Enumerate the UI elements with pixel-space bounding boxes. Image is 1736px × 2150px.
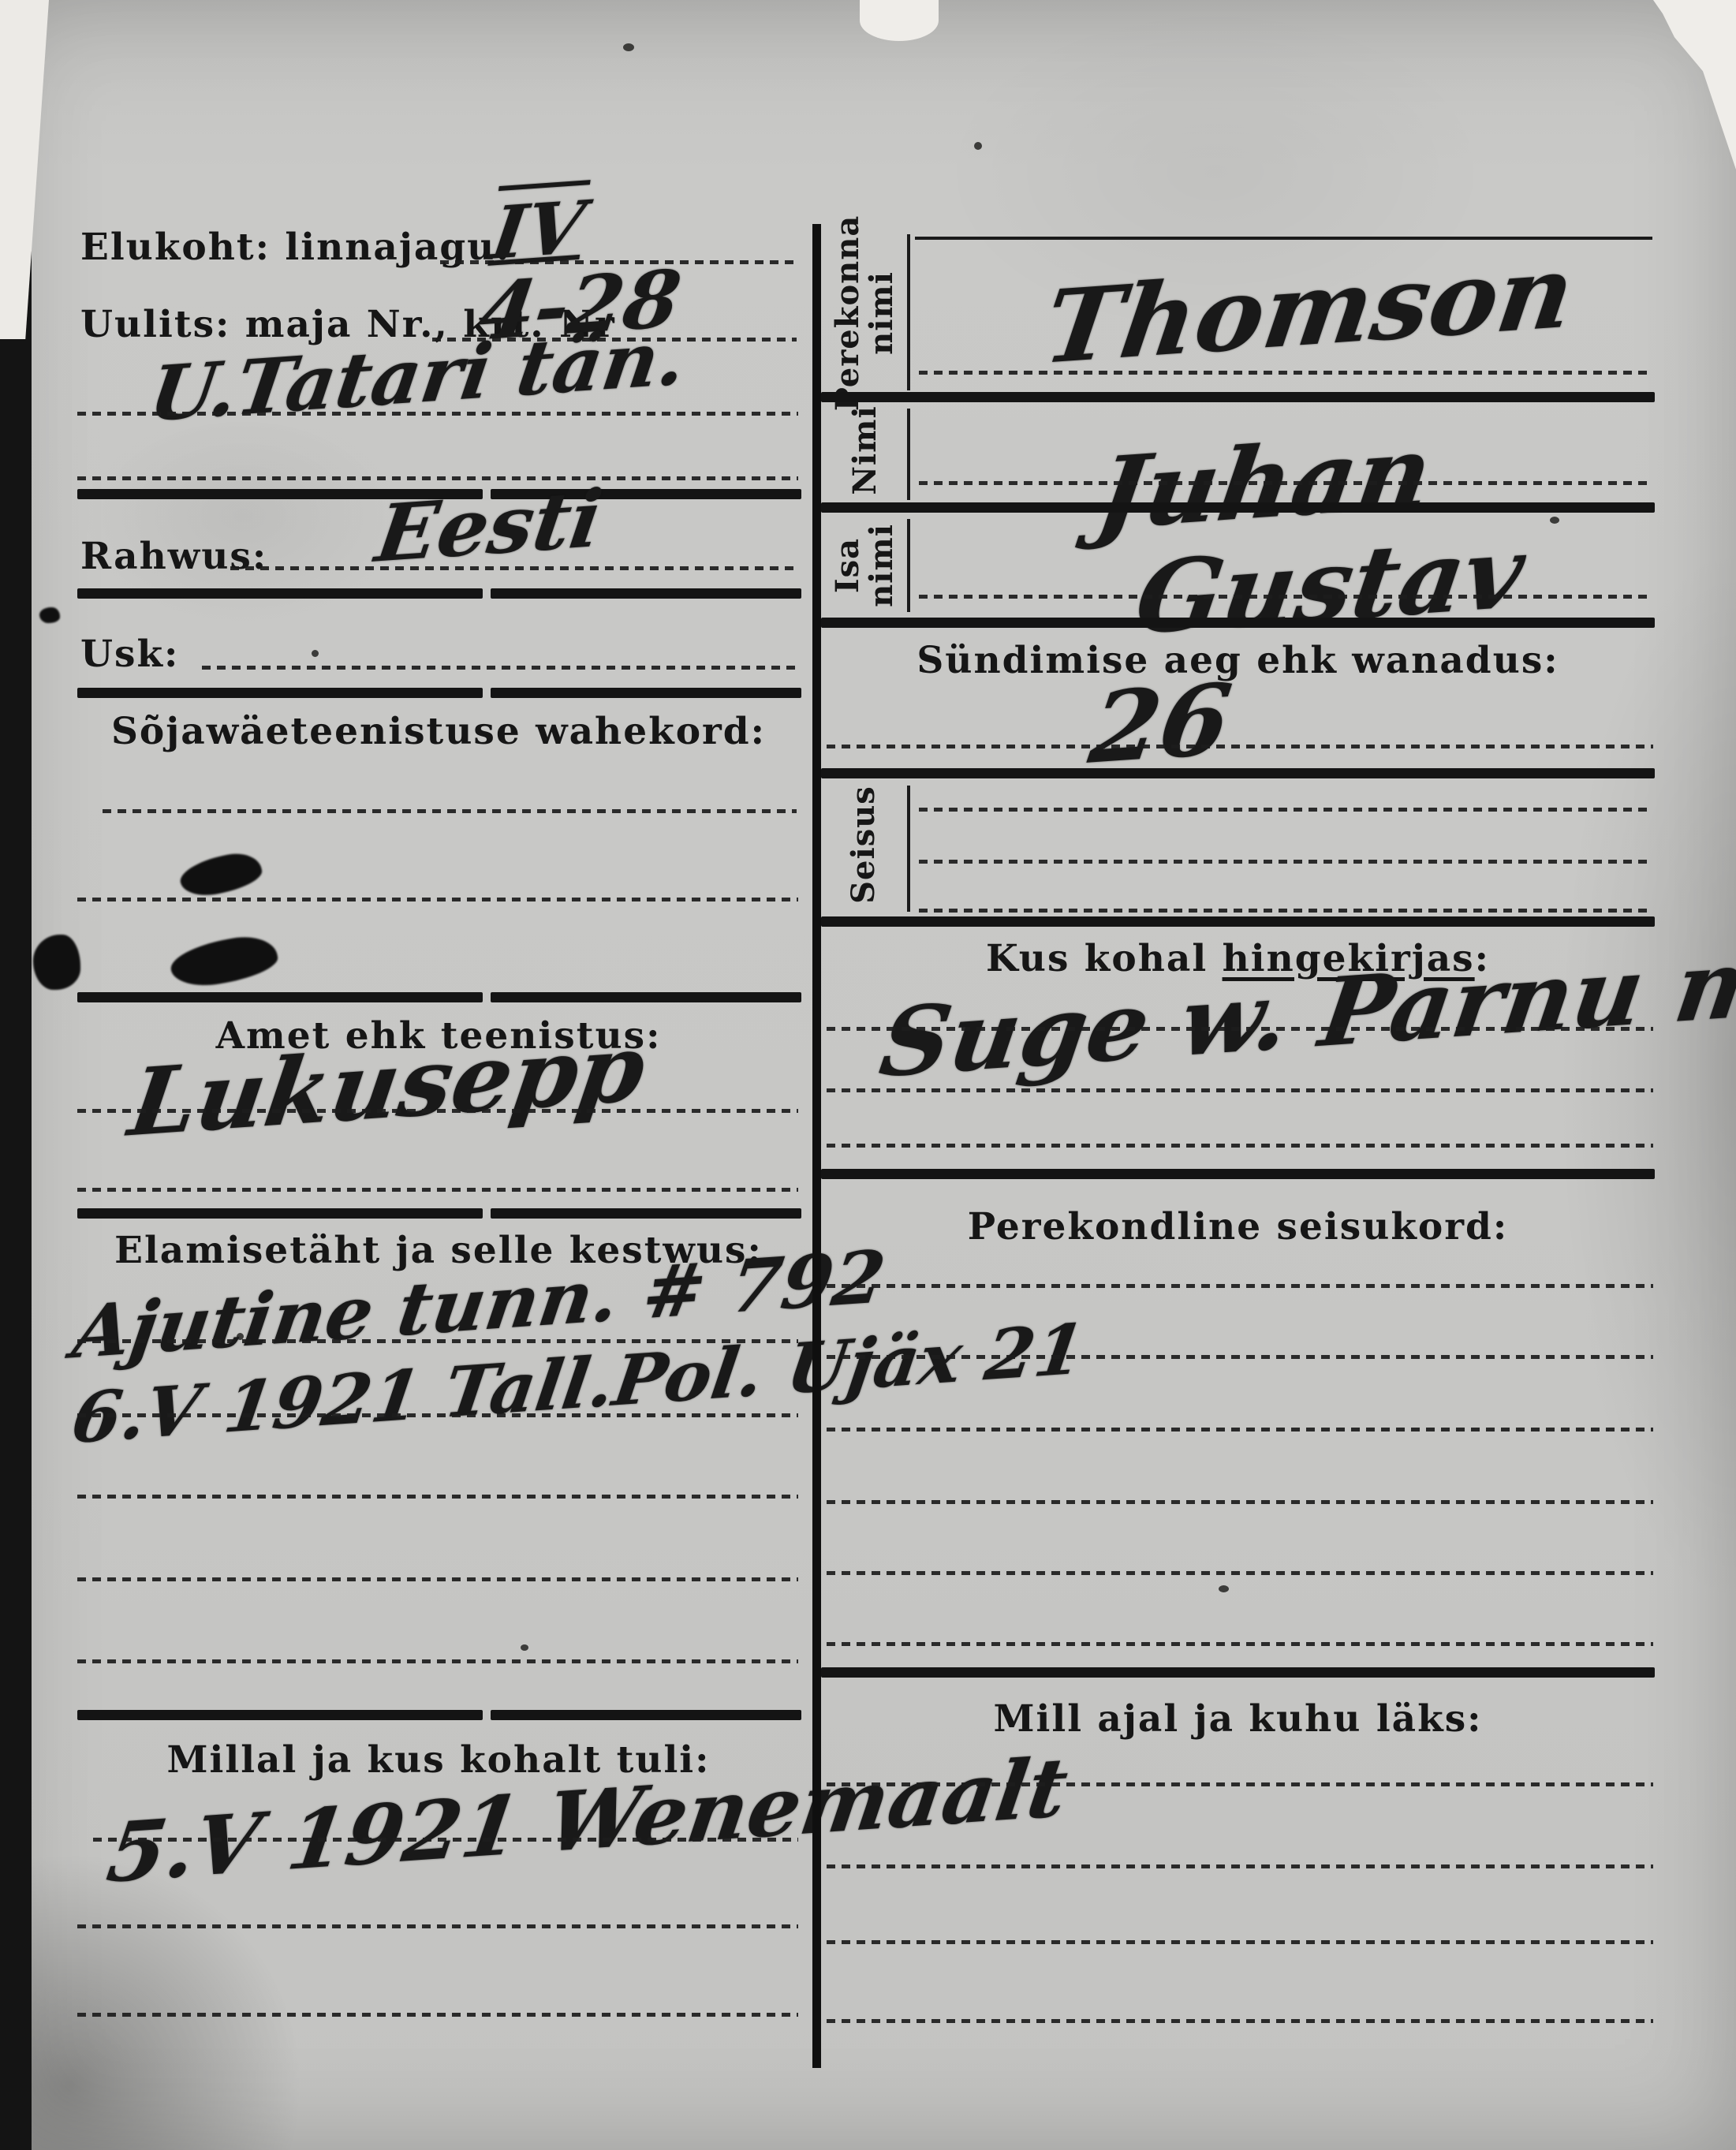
fill-line xyxy=(919,595,1652,599)
fill-line xyxy=(827,1782,1653,1786)
section-rule xyxy=(491,992,801,1002)
departure-heading: Mill ajal ja kuhu läks: xyxy=(821,1697,1655,1741)
fill-line xyxy=(827,1864,1653,1868)
fill-line xyxy=(77,2013,798,2017)
registration-card-scan: Elukoht: linnajagu: IV Uulits: maja Nr.,… xyxy=(0,0,1736,2150)
fill-line xyxy=(919,371,1652,375)
nationality-label: Rahwus: xyxy=(80,535,267,578)
fill-line xyxy=(202,666,797,670)
fill-line xyxy=(827,1144,1653,1148)
fill-line xyxy=(77,1659,798,1663)
torn-chip xyxy=(860,0,939,41)
section-rule xyxy=(77,992,483,1002)
section-rule xyxy=(77,1710,483,1720)
section-rule xyxy=(491,688,801,698)
fill-line xyxy=(77,1495,798,1499)
status-label: Seisus xyxy=(838,781,890,909)
fill-line xyxy=(827,1571,1653,1575)
section-rule xyxy=(491,588,801,599)
birth-age-heading: Sündimise aeg ehk wanadus: xyxy=(821,639,1655,682)
fill-line xyxy=(230,566,797,570)
fill-line xyxy=(827,1088,1653,1092)
religion-label: Usk: xyxy=(80,633,179,676)
nationality-handwriting: Eesti xyxy=(371,472,608,580)
column-divider xyxy=(812,224,821,2068)
section-rule xyxy=(821,1667,1655,1678)
fill-line xyxy=(827,1027,1653,1031)
section-rule xyxy=(77,688,483,698)
ink-blot xyxy=(177,849,264,901)
fill-line xyxy=(919,481,1652,485)
fill-line xyxy=(77,1577,798,1581)
fill-line xyxy=(827,1355,1653,1359)
fill-line xyxy=(77,1188,798,1192)
first-name-label: Nimi xyxy=(838,402,893,498)
father-name-label: Isa nimi xyxy=(828,517,901,614)
section-rule xyxy=(821,768,1655,778)
section-rule xyxy=(821,392,1655,402)
fill-line xyxy=(827,1284,1653,1288)
ink-blot xyxy=(39,607,60,623)
fill-line xyxy=(827,1428,1653,1431)
fill-line xyxy=(827,745,1653,748)
fill-line xyxy=(827,2019,1653,2023)
fill-line xyxy=(77,1413,798,1417)
ink-blot xyxy=(33,935,80,990)
fill-line xyxy=(93,1838,798,1842)
section-rule xyxy=(821,1169,1655,1179)
section-rule xyxy=(491,1208,801,1219)
torn-corner xyxy=(1618,0,1736,170)
family-name-handwriting: Thomson xyxy=(1037,233,1581,387)
fill-line xyxy=(77,898,798,901)
label-rule xyxy=(907,519,910,612)
fill-line xyxy=(919,860,1652,864)
fill-line xyxy=(827,1500,1653,1504)
section-rule xyxy=(77,1208,483,1219)
section-rule xyxy=(821,502,1655,513)
label-rule xyxy=(907,234,910,390)
section-rule xyxy=(491,1710,801,1720)
fill-line xyxy=(77,1924,798,1928)
fill-line xyxy=(827,1642,1653,1646)
label-rule xyxy=(907,786,910,912)
fill-line xyxy=(103,809,797,813)
fill-line xyxy=(827,1940,1653,1944)
fill-line xyxy=(919,808,1652,812)
section-rule xyxy=(77,588,483,599)
family-name-label: Perekonna nimi xyxy=(828,234,901,392)
fill-line xyxy=(77,1109,798,1113)
label-rule xyxy=(907,409,910,500)
ink-blot xyxy=(167,931,280,992)
fill-line xyxy=(77,412,798,416)
military-service-heading: Sõjawäeteenistuse wahekord: xyxy=(77,710,800,753)
section-rule xyxy=(821,916,1655,927)
section-rule xyxy=(821,618,1655,628)
fill-line xyxy=(919,909,1652,913)
ink-dot xyxy=(312,650,319,657)
family-status-heading: Perekondline seisukord: xyxy=(821,1205,1655,1249)
scan-corner-wedge xyxy=(0,0,49,339)
fill-line xyxy=(77,476,798,480)
